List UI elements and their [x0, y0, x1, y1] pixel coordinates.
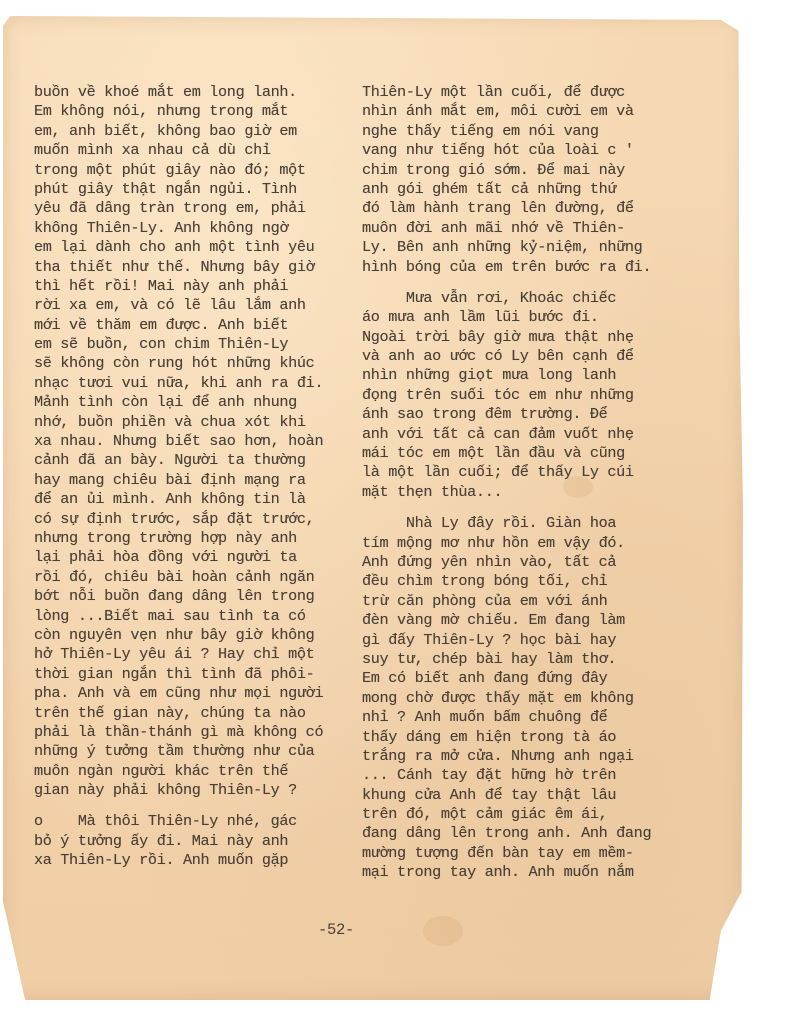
text-line: Thiên-Ly một lần cuối, để được	[362, 83, 651, 102]
text-line: pha. Anh và em cũng như mọi người	[34, 684, 323, 703]
text-line: hình bóng của em trên bước ra đi.	[362, 258, 651, 277]
text-line: ... Cánh tay đặt hững hờ trên	[362, 766, 651, 785]
text-line: muốn mình xa nhau cả dù chỉ	[34, 141, 323, 160]
text-line: Mảnh tình còn lại để anh nhung	[34, 393, 323, 412]
text-line: rời xa em, và có lẽ lâu lắm anh	[34, 296, 323, 315]
text-line: mới về thăm em được. Anh biết	[34, 316, 323, 335]
text-line: rồi đó, chiêu bài hoàn cảnh ngăn	[34, 568, 323, 587]
text-line: đèn vàng mờ chiếu. Em đang làm	[362, 611, 651, 630]
paragraph: Nhà Ly đây rồi. Giàn hoatím mộng mơ như …	[362, 514, 651, 882]
text-line: đó làm hành trang lên đường, để	[362, 199, 651, 218]
text-line: bỏ ý tưởng ấy đi. Mai này anh	[34, 832, 323, 851]
text-line: Mưa vẫn rơi, Khoác chiếc	[362, 289, 651, 308]
text-line: buồn về khoé mắt em long lanh.	[34, 83, 323, 102]
text-line: nhưng trong trường hợp này anh	[34, 529, 323, 548]
text-line: trên đó, một cảm giác êm ái,	[362, 805, 651, 824]
text-line: thấy dáng em hiện trong tà áo	[362, 728, 651, 747]
text-line: lòng ...Biết mai sau tình ta có	[34, 607, 323, 626]
text-line: tím mộng mơ như hồn em vậy đó.	[362, 534, 651, 553]
text-line: o Mà thôi Thiên-Ly nhé, gác	[34, 812, 323, 831]
text-line: tha thiết như thế. Nhưng bây giờ	[34, 258, 323, 277]
text-line: chim trong gió sớm. Để mai này	[362, 161, 651, 180]
text-line: phải là thần-thánh gì mà không có	[34, 723, 323, 742]
text-line: mường tượng đến bàn tay em mềm-	[362, 844, 651, 863]
text-line: ánh sao trong đêm trường. Để	[362, 405, 651, 424]
text-line: sẽ không còn rung hót những khúc	[34, 354, 323, 373]
page-number: -52-	[318, 921, 354, 939]
text-line: cảnh đã an bày. Người ta thường	[34, 451, 323, 470]
paragraph: Mưa vẫn rơi, Khoác chiếcáo mưa anh lầm l…	[362, 289, 651, 502]
paragraph-gap	[362, 277, 651, 289]
text-line: đọng trên suối tóc em như những	[362, 386, 651, 405]
text-line: áo mưa anh lầm lũi bước đi.	[362, 308, 651, 327]
text-line: yêu đã dâng tràn trong em, phải	[34, 199, 323, 218]
text-line: muôn đời anh mãi nhớ về Thiên-	[362, 219, 651, 238]
right-column: Thiên-Ly một lần cuối, để đượcnhìn ánh m…	[362, 83, 651, 883]
text-line: gian này phải không Thiên-Ly ?	[34, 781, 323, 800]
text-line: trừ căn phòng của em với ánh	[362, 592, 651, 611]
text-line: bớt nỗi buồn đang dâng lên trong	[34, 587, 323, 606]
text-line: trong một phút giây nào đó; một	[34, 161, 323, 180]
text-line: thì hết rồi! Mai này anh phải	[34, 277, 323, 296]
text-line: những ý tưởng tầm thường như của	[34, 742, 323, 761]
text-line: trắng ra mở cửa. Nhưng anh ngại	[362, 747, 651, 766]
text-line: hở Thiên-Ly yêu ái ? Hay chỉ một	[34, 645, 323, 664]
text-line: có sự định trước, sắp đặt trước,	[34, 510, 323, 529]
text-line: nhạc tươi vui nữa, khi anh ra đi.	[34, 374, 323, 393]
left-column: buồn về khoé mắt em long lanh.Em không n…	[34, 83, 323, 871]
text-line: là một lần cuối; để thấy Ly cúi	[362, 463, 651, 482]
text-line: nhìn những giọt mưa long lanh	[362, 366, 651, 385]
text-line: phút giây thật ngắn ngủi. Tình	[34, 180, 323, 199]
text-line: lại phải hòa đồng với người ta	[34, 548, 323, 567]
paper-stain	[423, 916, 463, 946]
text-line: Nhà Ly đây rồi. Giàn hoa	[362, 514, 651, 533]
text-line: Anh đứng yên nhìn vào, tất cả	[362, 553, 651, 572]
paragraph: o Mà thôi Thiên-Ly nhé, gácbỏ ý tưởng ấy…	[34, 812, 323, 870]
text-line: em, anh biết, không bao giờ em	[34, 122, 323, 141]
text-line: không Thiên-Ly. Anh không ngờ	[34, 219, 323, 238]
text-line: xa Thiên-Ly rồi. Anh muốn gặp	[34, 851, 323, 870]
text-line: đang dâng lên trong anh. Anh đang	[362, 824, 651, 843]
text-line: nghe thấy tiếng em nói vang	[362, 122, 651, 141]
text-line: Em có biết anh đang đứng đây	[362, 669, 651, 688]
text-line: để an ủi mình. Anh không tin là	[34, 490, 323, 509]
text-line: mong chờ được thấy mặt em không	[362, 689, 651, 708]
text-line: nhỉ ? Anh muốn bấm chuông để	[362, 708, 651, 727]
text-line: anh với tất cả can đảm vuốt nhẹ	[362, 425, 651, 444]
text-line: xa nhau. Nhưng biết sao hơn, hoàn	[34, 432, 323, 451]
text-line: vang như tiếng hót của loài c '	[362, 141, 651, 160]
text-line: Ngoài trời bây giờ mưa thật nhẹ	[362, 328, 651, 347]
text-line: mặt thẹn thùa...	[362, 483, 651, 502]
text-line: anh gói ghém tất cả những thứ	[362, 180, 651, 199]
paragraph: buồn về khoé mắt em long lanh.Em không n…	[34, 83, 323, 800]
text-line: trên thế gian này, chúng ta nào	[34, 704, 323, 723]
paragraph-gap	[362, 502, 651, 514]
text-line: hay mang chiêu bài định mạng ra	[34, 471, 323, 490]
text-line: nhớ, buồn phiền và chua xót khi	[34, 413, 323, 432]
text-line: suy tư, chép bài hay làm thơ.	[362, 650, 651, 669]
text-line: Em không nói, nhưng trong mắt	[34, 102, 323, 121]
paragraph-gap	[34, 800, 323, 812]
text-line: thời gian ngắn thì tình đã phôi-	[34, 665, 323, 684]
text-line: khung cửa Anh để tay thật lâu	[362, 786, 651, 805]
text-line: em sẽ buồn, con chim Thiên-Ly	[34, 335, 323, 354]
text-line: và anh ao ước có Ly bên cạnh để	[362, 347, 651, 366]
text-line: em lại dành cho anh một tình yêu	[34, 238, 323, 257]
text-line: mái tóc em một lần đầu và cũng	[362, 444, 651, 463]
text-line: gì đấy Thiên-Ly ? học bài hay	[362, 631, 651, 650]
text-line: còn nguyên vẹn như bây giờ không	[34, 626, 323, 645]
paragraph: Thiên-Ly một lần cuối, để đượcnhìn ánh m…	[362, 83, 651, 277]
text-line: Ly. Bên anh những kỷ-niệm, những	[362, 238, 651, 257]
text-line: đều chìm trong bóng tối, chỉ	[362, 572, 651, 591]
text-line: nhìn ánh mắt em, môi cười em và	[362, 102, 651, 121]
text-line: mại trong tay anh. Anh muốn nắm	[362, 863, 651, 882]
text-line: muôn ngàn người khác trên thế	[34, 762, 323, 781]
